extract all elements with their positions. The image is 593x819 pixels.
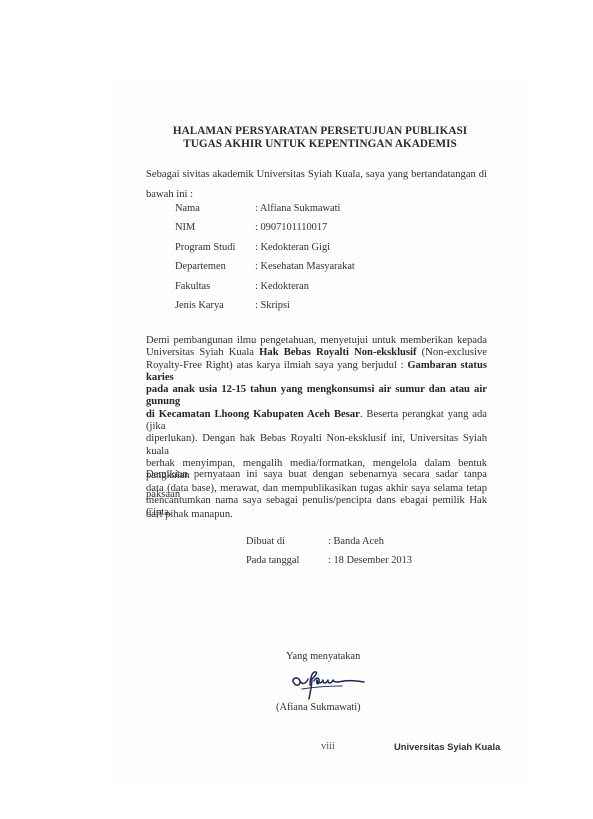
closing-paragraph: Demikian pernyataan ini saya buat dengan… — [146, 465, 487, 525]
document-title-line2: TUGAS AKHIR UNTUK KEPENTINGAN AKADEMIS — [112, 138, 528, 150]
paragraph-line: diperlukan). Dengan hak Bebas Royalti No… — [146, 433, 487, 458]
paragraph-line: Royalty-Free Right) atas karya ilmiah sa… — [146, 360, 487, 385]
field-label: Program Studi — [175, 242, 255, 261]
paragraph-line: dari pihak manapun. — [146, 509, 233, 520]
field-label: Departemen — [175, 261, 255, 280]
field-row-nim: NIM : 0907101110017 — [175, 222, 355, 241]
footer-institution: Universitas Syiah Kuala — [394, 741, 500, 752]
paragraph-line: Universitas Syiah Kuala Hak Bebas Royalt… — [146, 347, 487, 359]
date-row: Pada tanggal : 18 Desember 2013 — [246, 555, 412, 574]
text-run: Royalty-Free Right) atas karya ilmiah sa… — [146, 360, 407, 371]
page-number: viii — [321, 741, 335, 752]
field-row-program-studi: Program Studi : Kedokteran Gigi — [175, 242, 355, 261]
field-value: : Alfiana Sukmawati — [255, 203, 340, 222]
signature-icon — [288, 669, 368, 701]
place-row: Dibuat di : Banda Aceh — [246, 536, 412, 555]
intro-paragraph: Sebagai sivitas akademik Universitas Syi… — [146, 165, 487, 205]
place-date-block: Dibuat di : Banda Aceh Pada tanggal : 18… — [246, 536, 412, 574]
field-value: : Kesehatan Masyarakat — [255, 261, 355, 280]
signatory-name: (Afiana Sukmawati) — [276, 702, 361, 713]
place-label: Dibuat di — [246, 536, 328, 555]
intro-line: bawah ini : — [146, 189, 193, 200]
document-title-line1: HALAMAN PERSYARATAN PERSETUJUAN PUBLIKAS… — [112, 125, 528, 137]
paragraph-line: di Kecamatan Lhoong Kabupaten Aceh Besar… — [146, 409, 487, 434]
paragraph-line: Demi pembangunan ilmu pengetahuan, menye… — [146, 335, 487, 347]
field-value: : Kedokteran Gigi — [255, 242, 330, 261]
text-run: (Non-exclusive — [417, 347, 487, 358]
date-label: Pada tanggal — [246, 555, 328, 574]
field-row-nama: Nama : Alfiana Sukmawati — [175, 203, 355, 222]
place-value: : Banda Aceh — [328, 536, 384, 555]
date-value: : 18 Desember 2013 — [328, 555, 412, 574]
paragraph-line: Demikian pernyataan ini saya buat dengan… — [146, 465, 487, 505]
identity-fields: Nama : Alfiana Sukmawati NIM : 090710111… — [175, 203, 355, 319]
field-label: Fakultas — [175, 281, 255, 300]
field-value: : Skripsi — [255, 300, 290, 319]
field-label: Jenis Karya — [175, 300, 255, 319]
thesis-title-part: di Kecamatan Lhoong Kabupaten Aceh Besar — [146, 409, 360, 420]
statement-label: Yang menyatakan — [286, 651, 360, 662]
field-label: Nama — [175, 203, 255, 222]
field-value: : Kedokteran — [255, 281, 309, 300]
field-row-jenis-karya: Jenis Karya : Skripsi — [175, 300, 355, 319]
text-run: Universitas Syiah Kuala — [146, 347, 259, 358]
thesis-title-part: pada anak usia 12-15 tahun yang mengkons… — [146, 384, 487, 409]
field-value: : 0907101110017 — [255, 222, 327, 241]
intro-line: Sebagai sivitas akademik Universitas Syi… — [146, 165, 487, 185]
license-name: Hak Bebas Royalti Non-eksklusif — [259, 347, 416, 358]
field-row-departemen: Departemen : Kesehatan Masyarakat — [175, 261, 355, 280]
field-label: NIM — [175, 222, 255, 241]
field-row-fakultas: Fakultas : Kedokteran — [175, 281, 355, 300]
